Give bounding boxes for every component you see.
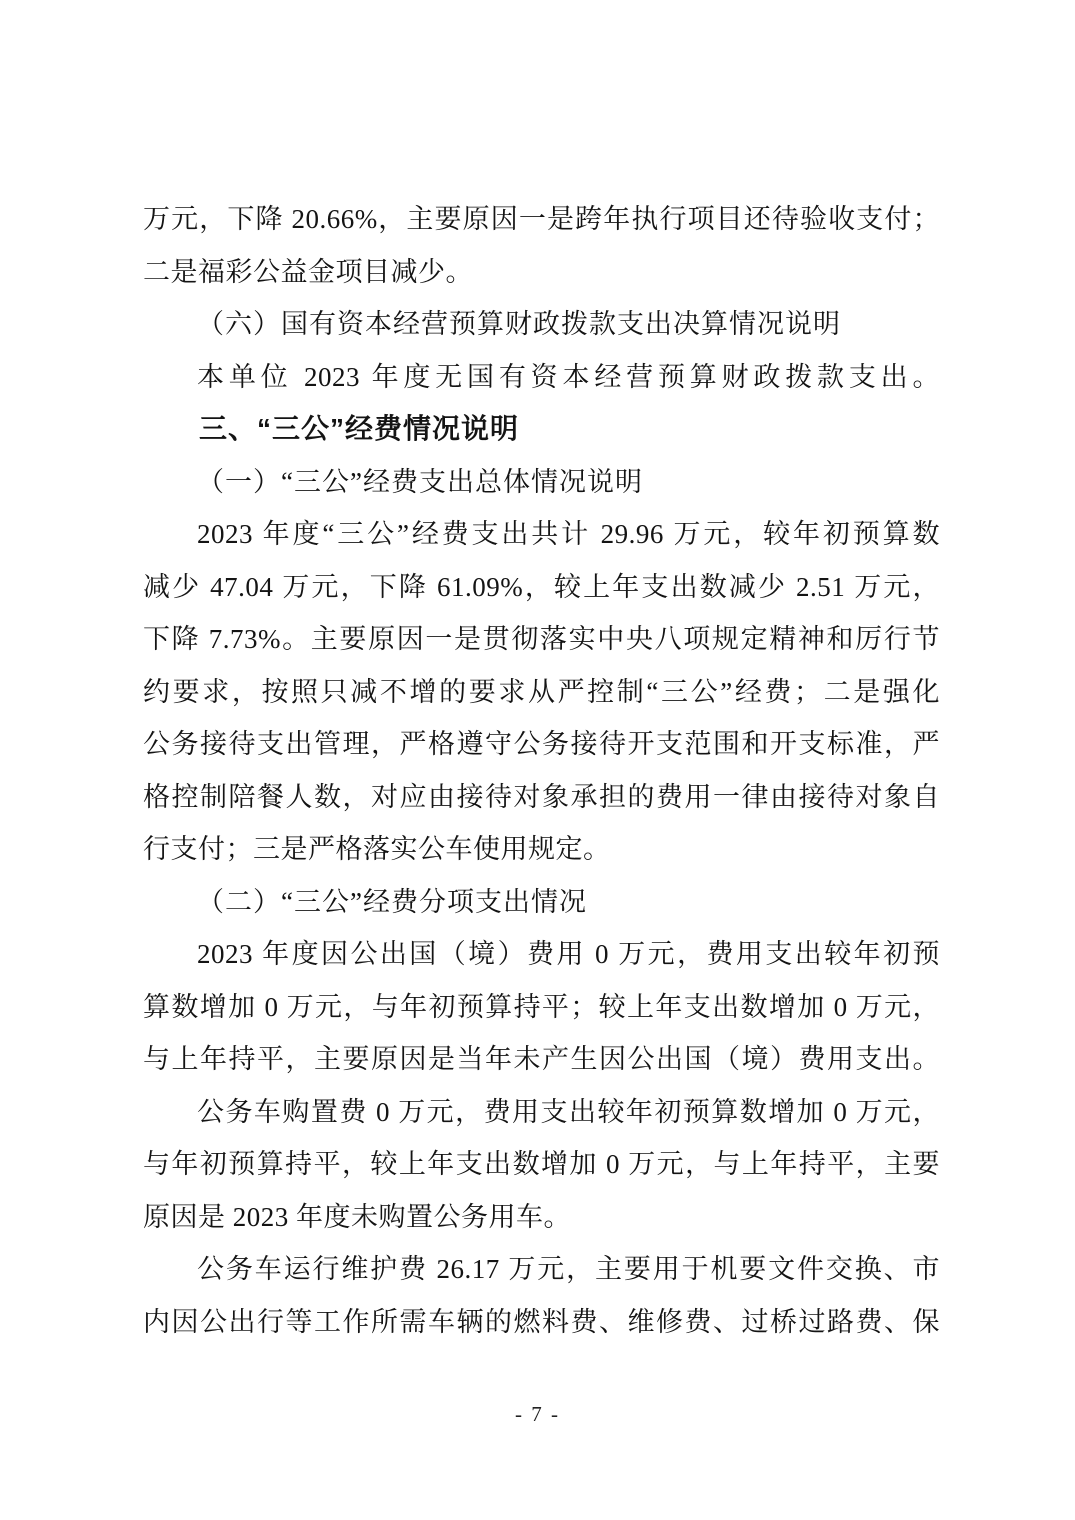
body-line: 算数增加 0 万元，与年初预算持平；较上年支出数增加 0 万元， bbox=[143, 981, 940, 1034]
page-number: - 7 - bbox=[0, 1402, 1075, 1427]
document-page: 万元，下降 20.66%，主要原因一是跨年执行项目还待验收支付； 二是福彩公益金… bbox=[0, 0, 1075, 1520]
body-line: 本单位 2023 年度无国有资本经营预算财政拨款支出。 bbox=[143, 351, 940, 404]
subsection-heading-one: （一）“三公”经费支出总体情况说明 bbox=[143, 456, 940, 509]
body-line: 2023 年度“三公”经费支出共计 29.96 万元，较年初预算数 bbox=[143, 508, 940, 561]
body-line: 与年初预算持平，较上年支出数增加 0 万元，与上年持平，主要 bbox=[143, 1138, 940, 1191]
paragraph-end-line: 原因是 2023 年度未购置公务用车。 bbox=[143, 1191, 940, 1244]
body-line: 内因公出行等工作所需车辆的燃料费、维修费、过桥过路费、保 bbox=[143, 1296, 940, 1349]
paragraph-continuation-line: 万元，下降 20.66%，主要原因一是跨年执行项目还待验收支付； bbox=[143, 193, 940, 246]
body-line: 公务车运行维护费 26.17 万元，主要用于机要文件交换、市 bbox=[143, 1243, 940, 1296]
section-heading-six: （六）国有资本经营预算财政拨款支出决算情况说明 bbox=[143, 298, 940, 351]
body-line: 格控制陪餐人数，对应由接待对象承担的费用一律由接待对象自 bbox=[143, 771, 940, 824]
body-line: 减少 47.04 万元，下降 61.09%，较上年支出数减少 2.51 万元， bbox=[143, 561, 940, 614]
body-line: 公务接待支出管理，严格遵守公务接待开支范围和开支标准，严 bbox=[143, 718, 940, 771]
paragraph-end-line: 二是福彩公益金项目减少。 bbox=[143, 246, 940, 299]
body-line: 下降 7.73%。主要原因一是贯彻落实中央八项规定精神和厉行节 bbox=[143, 613, 940, 666]
chapter-heading-three: 三、“三公”经费情况说明 bbox=[143, 403, 940, 456]
body-line: 2023 年度因公出国（境）费用 0 万元，费用支出较年初预 bbox=[143, 928, 940, 981]
body-line: 与上年持平，主要原因是当年未产生因公出国（境）费用支出。 bbox=[143, 1033, 940, 1086]
document-body: 万元，下降 20.66%，主要原因一是跨年执行项目还待验收支付； 二是福彩公益金… bbox=[143, 193, 940, 1348]
body-line: 约要求，按照只减不增的要求从严控制“三公”经费；二是强化 bbox=[143, 666, 940, 719]
body-line: 公务车购置费 0 万元，费用支出较年初预算数增加 0 万元， bbox=[143, 1086, 940, 1139]
paragraph-end-line: 行支付；三是严格落实公车使用规定。 bbox=[143, 823, 940, 876]
subsection-heading-two: （二）“三公”经费分项支出情况 bbox=[143, 876, 940, 929]
